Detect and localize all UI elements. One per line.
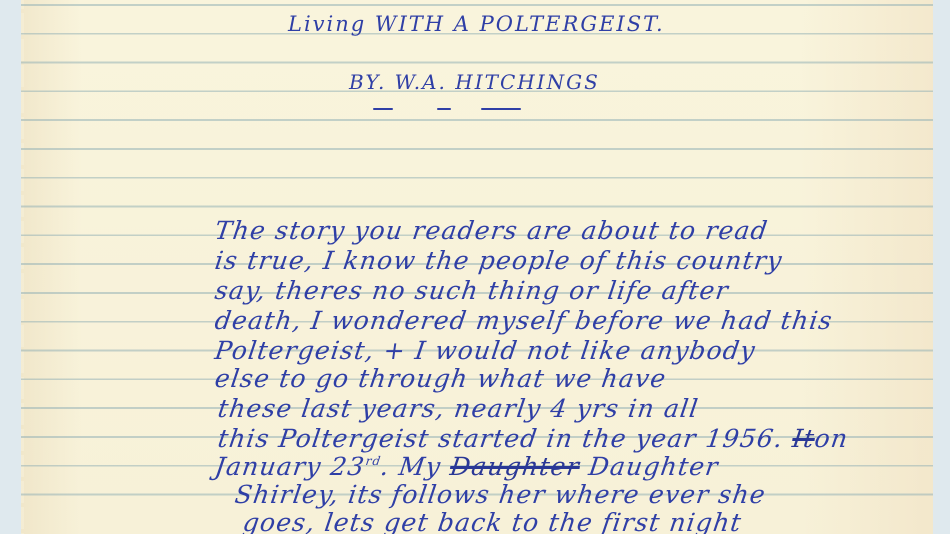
byline-underline	[373, 108, 393, 110]
text-line: death, I wondered myself before we had t…	[213, 306, 835, 335]
text-segment: on	[813, 424, 851, 453]
document-byline: BY. W.A. HITCHINGS	[349, 70, 600, 94]
text-line: else to go through what we have	[213, 364, 668, 393]
notebook-page: Living WITH A POLTERGEIST. BY. W.A. HITC…	[21, 0, 933, 534]
text-line: goes, lets get back to the first night	[241, 508, 744, 534]
text-line: is true, I know the people of this count…	[213, 246, 785, 275]
byline-underline	[481, 108, 521, 110]
text-line: Shirley, its follows her where ever she	[233, 480, 768, 509]
text-segment: . My	[379, 452, 453, 481]
text-line: Poltergeist, + I would not like anybody	[213, 336, 758, 365]
text-segment: Daughter	[578, 452, 721, 481]
text-segment: this Poltergeist started in the year 195…	[216, 424, 795, 453]
struck-text: Daughter	[448, 452, 582, 481]
byline-underline	[437, 108, 451, 110]
text-line: The story you readers are about to read	[213, 216, 770, 245]
text-line: January 23rd. My Daughter Daughter	[213, 452, 721, 481]
text-line: these last years, nearly 4 yrs in all	[216, 394, 701, 423]
text-line: say, theres no such thing or life after	[213, 276, 731, 305]
document-title: Living WITH A POLTERGEIST.	[288, 12, 665, 36]
text-segment: January 23	[213, 452, 367, 481]
text-line: this Poltergeist started in the year 195…	[216, 424, 850, 453]
